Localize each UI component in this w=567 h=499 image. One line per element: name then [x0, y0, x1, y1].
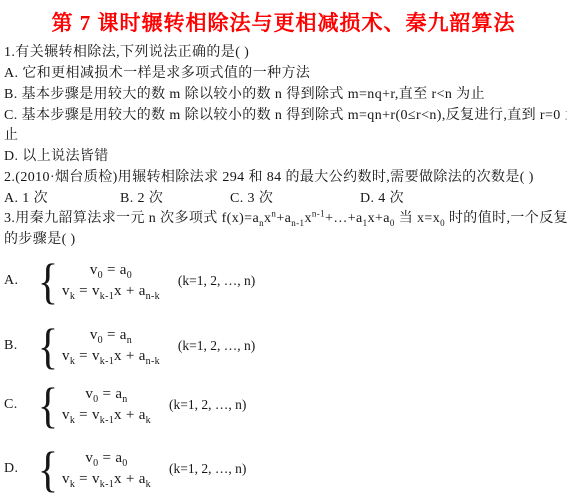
page-title: 第 7 课时辗转相除法与更相减损术、秦九韶算法 [0, 7, 567, 37]
equation-vk: vk = vk-1x + ak [62, 407, 151, 424]
q2-option-a: A. 1 次 [4, 190, 48, 207]
left-brace-glyph: { [38, 256, 58, 306]
equation-v0: v0 = a0 [62, 450, 151, 467]
q2-option-b: B. 2 次 [120, 190, 163, 207]
equation-vk: vk = vk-1x + an-k [62, 283, 160, 300]
equation-vk: vk = vk-1x + ak [62, 471, 151, 488]
q3-option-d-label: D. [4, 461, 36, 477]
q3-option-a-label: A. [4, 273, 36, 289]
k-range-note: (k=1, 2, …, n) [169, 461, 246, 477]
equation-v0: v0 = a0 [62, 262, 160, 279]
worksheet-page: 第 7 课时辗转相除法与更相减损术、秦九韶算法 1.有关辗转相除法,下列说法正确… [0, 0, 567, 499]
q3-stem-line1: 3.用秦九韶算法求一元 n 次多项式 f(x)=anxn+an-1xn-1+…+… [4, 210, 567, 227]
q3-option-b: B. { v0 = an vk = vk-1x + an-k (k=1, 2, … [4, 317, 255, 375]
q2-option-c: C. 3 次 [230, 190, 273, 207]
q3-option-d: D. { v0 = a0 vk = vk-1x + ak (k=1, 2, …,… [4, 440, 246, 498]
q2-option-d: D. 4 次 [360, 190, 404, 207]
q3-option-b-equations: v0 = an vk = vk-1x + an-k [62, 327, 160, 365]
q3-option-d-equations: v0 = a0 vk = vk-1x + ak [62, 450, 151, 488]
q1-option-d: D. 以上说法皆错 [4, 148, 109, 165]
q1-option-a: A. 它和更相减损术一样是求多项式值的一种方法 [4, 65, 310, 82]
k-range-note: (k=1, 2, …, n) [178, 273, 255, 289]
q2-stem: 2.(2010·烟台质检)用辗转相除法求 294 和 84 的最大公约数时,需要… [4, 169, 534, 186]
q3-option-c: C. { v0 = an vk = vk-1x + ak (k=1, 2, …,… [4, 376, 246, 434]
q3-option-a: A. { v0 = a0 vk = vk-1x + an-k (k=1, 2, … [4, 252, 255, 310]
k-range-note: (k=1, 2, …, n) [169, 397, 246, 413]
q3-option-c-equations: v0 = an vk = vk-1x + ak [62, 386, 151, 424]
q1-stem: 1.有关辗转相除法,下列说法正确的是( ) [4, 44, 249, 61]
q3-option-a-equations: v0 = a0 vk = vk-1x + an-k [62, 262, 160, 300]
equation-v0: v0 = an [62, 327, 160, 344]
left-brace-glyph: { [38, 444, 58, 494]
q1-option-c-wrap: 止 [4, 127, 18, 144]
left-brace-glyph: { [38, 321, 58, 371]
q3-stem-line2: 的步骤是( ) [4, 231, 76, 248]
q3-option-c-label: C. [4, 397, 36, 413]
q1-option-c: C. 基本步骤是用较大的数 m 除以较小的数 n 得到除式 m=qn+r(0≤r… [4, 107, 567, 124]
q3-option-b-label: B. [4, 338, 36, 354]
equation-vk: vk = vk-1x + an-k [62, 348, 160, 365]
left-brace-glyph: { [38, 380, 58, 430]
equation-v0: v0 = an [62, 386, 151, 403]
q1-option-b: B. 基本步骤是用较大的数 m 除以较小的数 n 得到除式 m=nq+r,直至 … [4, 86, 485, 103]
k-range-note: (k=1, 2, …, n) [178, 338, 255, 354]
